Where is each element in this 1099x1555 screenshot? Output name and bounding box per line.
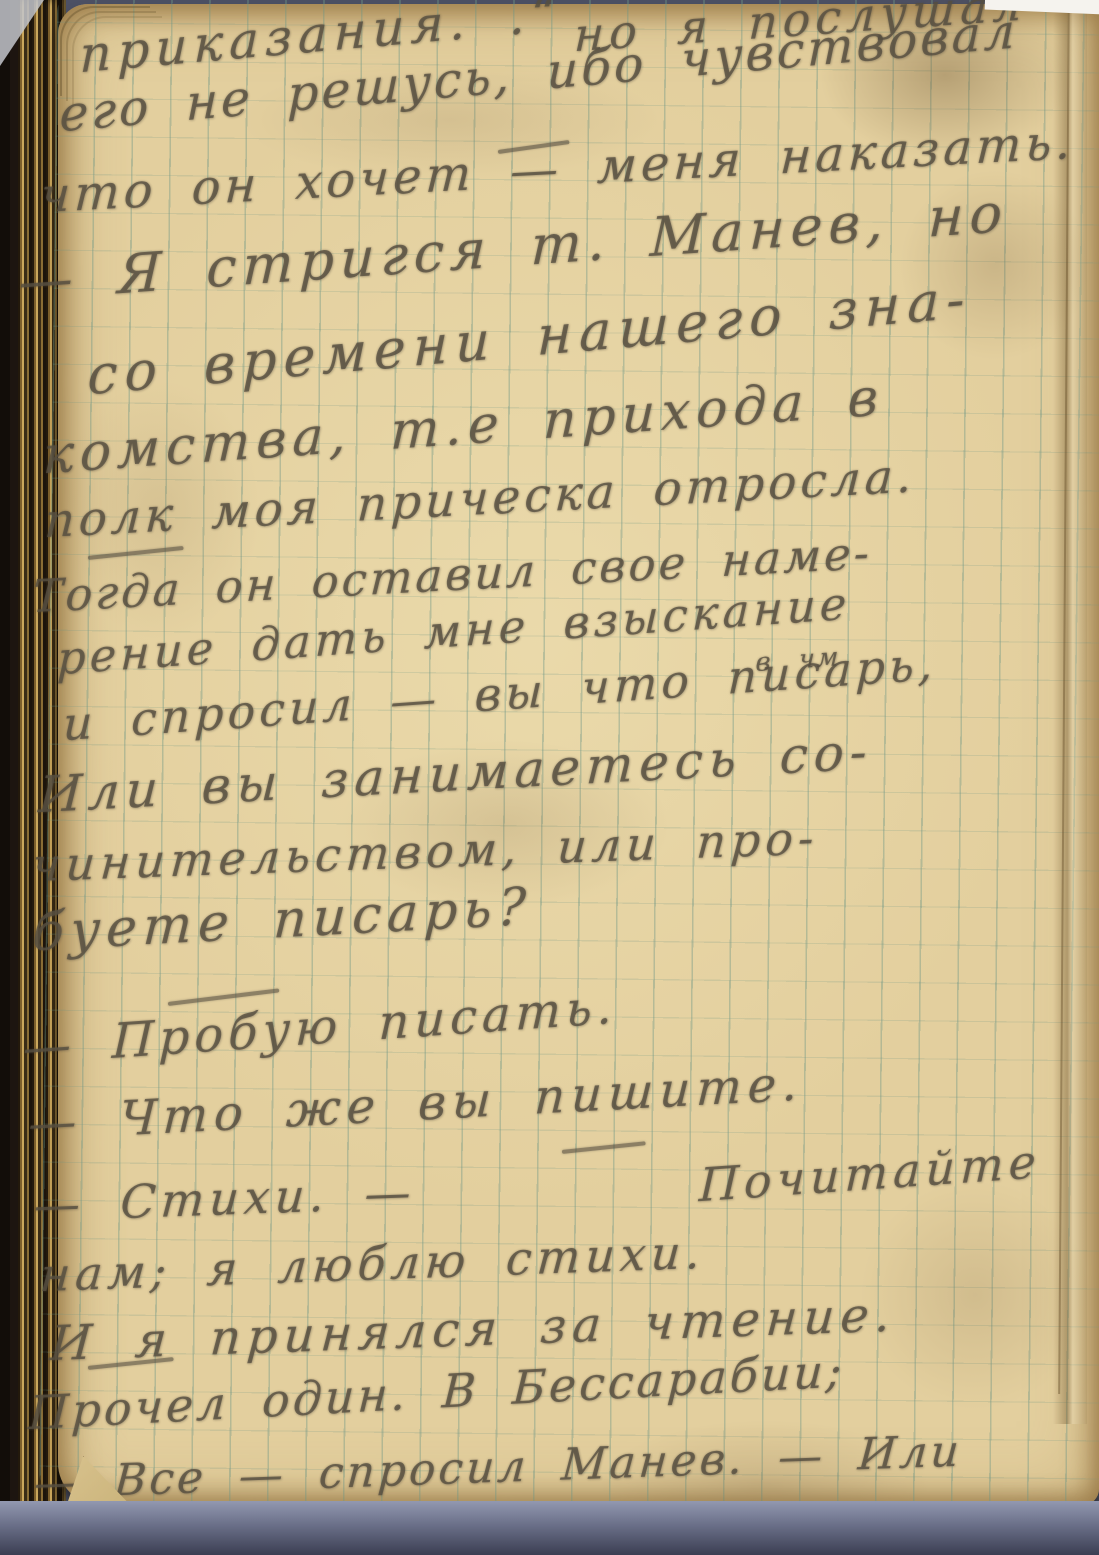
notebook-scan: приказания. .“но я послушалего не решусь… bbox=[0, 0, 1099, 1555]
handwriting-line: чинительством, или про- bbox=[30, 811, 820, 893]
pencil-stroke bbox=[562, 1141, 646, 1154]
handwriting-line: — Пробую писать. bbox=[22, 978, 618, 1076]
handwriting-line: — Стихи. — bbox=[32, 1165, 417, 1232]
handwriting-line: Почитайте bbox=[698, 1134, 1042, 1212]
scan-background-strip bbox=[0, 1501, 1099, 1555]
handwriting-line: — Что же вы пишите. bbox=[27, 1055, 805, 1152]
handwriting-layer: приказания. .“но я послушалего не решусь… bbox=[0, 0, 1099, 1555]
handwriting-line: буете писарь? bbox=[31, 877, 533, 963]
pencil-stroke bbox=[88, 546, 184, 560]
handwriting-line: — Все — спросил Манев. — Или bbox=[32, 1426, 963, 1510]
handwriting-line: нам; я люблю стихи. bbox=[38, 1225, 707, 1302]
